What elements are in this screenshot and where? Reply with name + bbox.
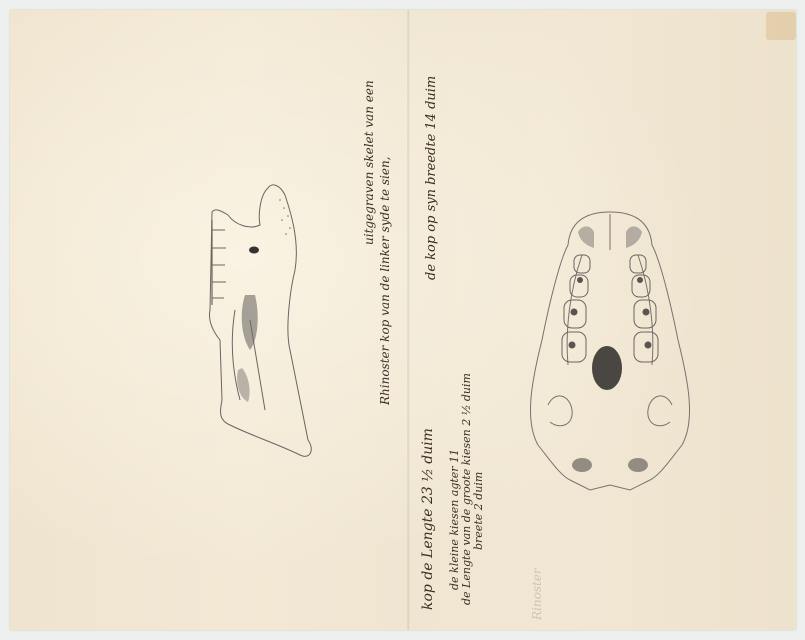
annotation-bottom-line-1: kop de Lengte 23 ½ duim — [420, 428, 436, 610]
skull-ventral-drawing — [510, 200, 710, 500]
annotation-pencil-note: Rinoster — [530, 568, 544, 620]
center-fold — [407, 10, 410, 630]
corner-stain — [766, 12, 796, 40]
paper-sheet: uitgegraven skelet van een Rhinoster kop… — [10, 10, 796, 630]
annotation-top-line-2: Rhinoster kop van de linker syde te sien… — [378, 157, 392, 406]
annotation-top-line-1: uitgegraven skelet van een — [362, 80, 376, 245]
skull-lateral-drawing — [190, 170, 330, 470]
annotation-bottom-line-4: breete 2 duim — [472, 472, 485, 550]
annotation-top-right: de kop op syn breedte 14 duim — [424, 76, 439, 280]
